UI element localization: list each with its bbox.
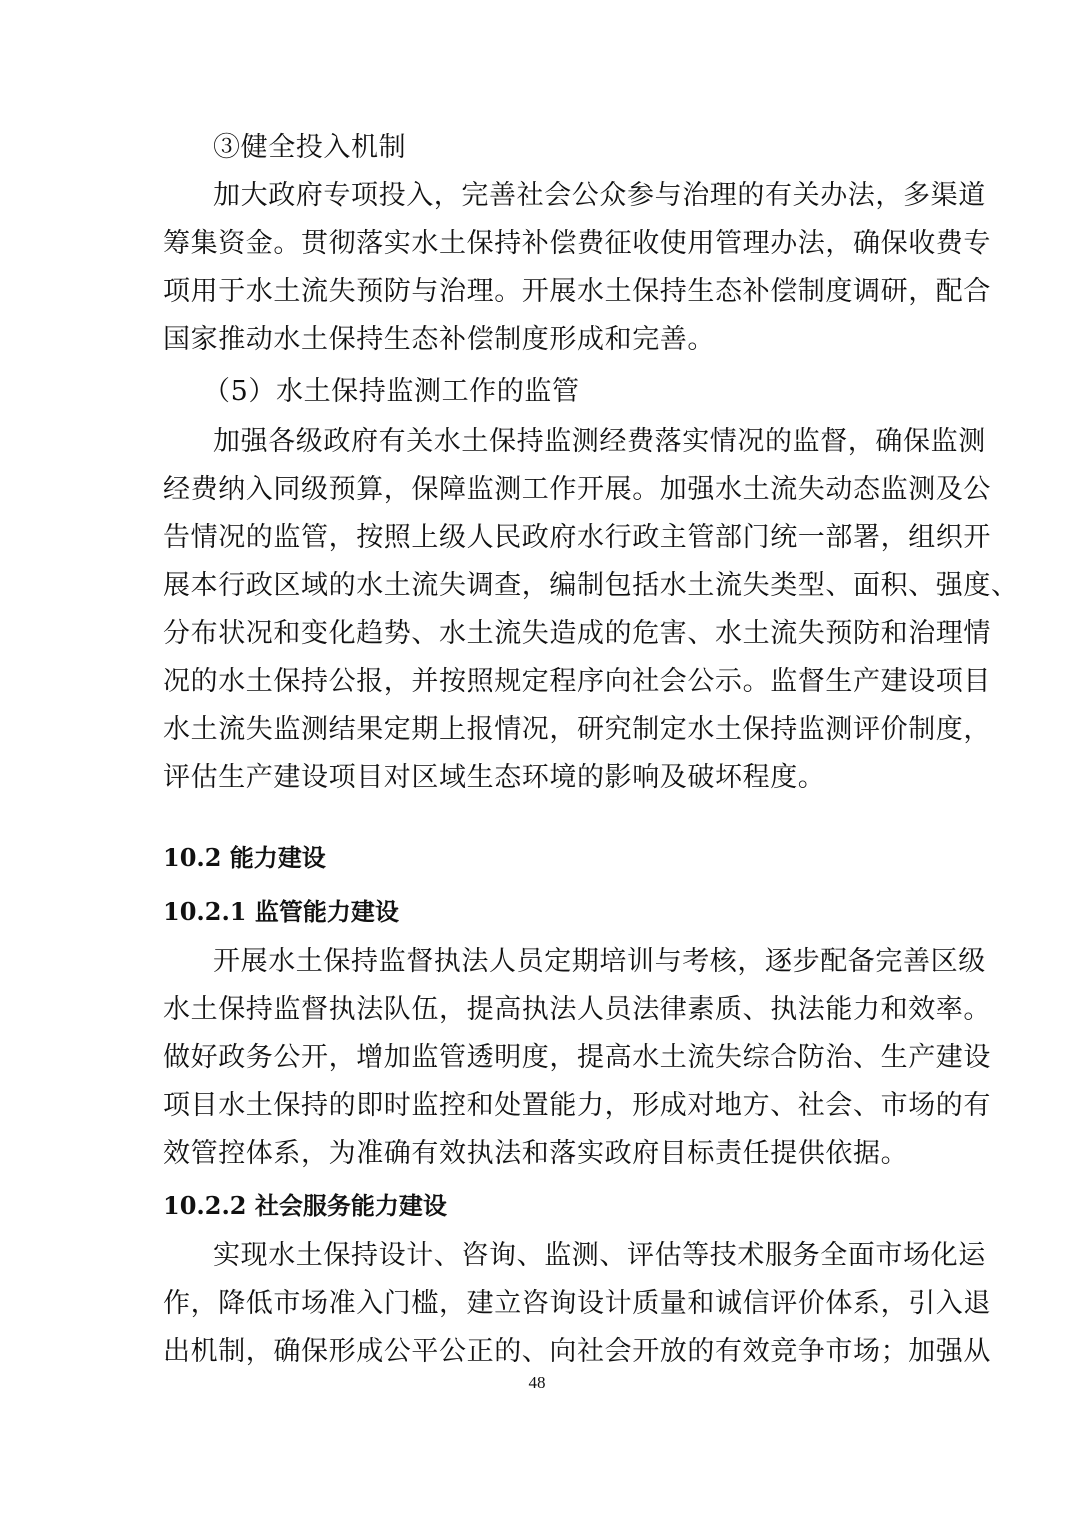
paragraph-line: 项用于水土流失预防与治理。开展水土保持生态补偿制度调研，配合	[163, 268, 915, 316]
paragraph-line: 水土流失监测结果定期上报情况，研究制定水土保持监测评价制度，	[163, 706, 915, 754]
paragraph-line: 分布状况和变化趋势、水土流失造成的危害、水土流失预防和治理情	[163, 610, 915, 658]
paragraph-line: 效管控体系，为准确有效执法和落实政府目标责任提供依据。	[163, 1130, 915, 1178]
paragraph-line: 项目水土保持的即时监控和处置能力，形成对地方、社会、市场的有	[163, 1082, 915, 1130]
section-heading-10-2-2: 10.2.2 社会服务能力建设	[163, 1182, 915, 1230]
paragraph-line: 评估生产建设项目对区域生态环境的影响及破坏程度。	[163, 754, 915, 802]
paragraph-line: 加大政府专项投入，完善社会公众参与治理的有关办法，多渠道	[163, 172, 965, 220]
paragraph-line: 水土保持监督执法队伍，提高执法人员法律素质、执法能力和效率。	[163, 986, 915, 1034]
paragraph-line: 加强各级政府有关水土保持监测经费落实情况的监督，确保监测	[163, 418, 965, 466]
paragraph-line: 作，降低市场准入门槛，建立咨询设计质量和诚信评价体系，引入退	[163, 1280, 915, 1328]
paragraph-line: 筹集资金。贯彻落实水土保持补偿费征收使用管理办法，确保收费专	[163, 220, 915, 268]
section-heading-10-2-1: 10.2.1 监管能力建设	[163, 888, 915, 936]
page-number: 48	[0, 1373, 1074, 1393]
paragraph-line: 做好政务公开，增加监管透明度，提高水土流失综合防治、生产建设	[163, 1034, 915, 1082]
paragraph-line: 展本行政区域的水土流失调查，编制包括水土流失类型、面积、强度、	[163, 562, 915, 610]
paragraph-line: 开展水土保持监督执法人员定期培训与考核，逐步配备完善区级	[163, 938, 965, 986]
paragraph-line: 经费纳入同级预算，保障监测工作开展。加强水土流失动态监测及公	[163, 466, 915, 514]
paragraph-line: 实现水土保持设计、咨询、监测、评估等技术服务全面市场化运	[163, 1232, 965, 1280]
paragraph-line: 国家推动水土保持生态补偿制度形成和完善。	[163, 316, 915, 364]
subheading-monitoring-supervision: （5）水土保持监测工作的监管	[163, 368, 955, 416]
paragraph-line: 况的水土保持公报，并按照规定程序向社会公示。监督生产建设项目	[163, 658, 915, 706]
subheading-funding-mechanism: ③健全投入机制	[163, 124, 965, 172]
paragraph-line: 出机制，确保形成公平公正的、向社会开放的有效竞争市场；加强从	[163, 1328, 915, 1376]
section-heading-10-2: 10.2 能力建设	[163, 834, 915, 882]
paragraph-line: 告情况的监管，按照上级人民政府水行政主管部门统一部署，组织开	[163, 514, 915, 562]
